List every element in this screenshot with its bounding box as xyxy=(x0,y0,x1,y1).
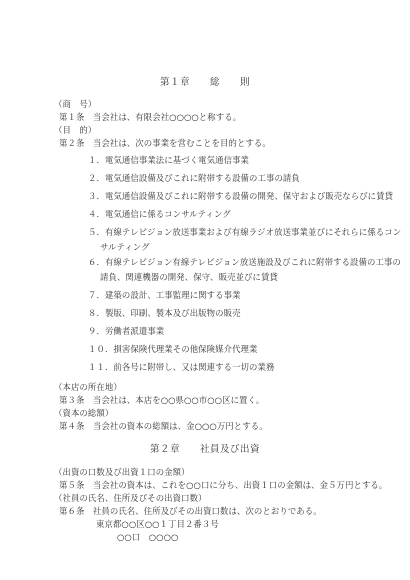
article-1: 第１条 当会社は、有限会社○○○○と称する。 xyxy=(59,112,241,123)
article-6: 第６条 社員の氏名、住所及びその出資口数は、次のとおりである。 xyxy=(59,506,322,517)
chapter-1-title: 第１章 総 則 xyxy=(0,77,410,88)
purpose-item-4: ４．電気通信に係るコンサルティング xyxy=(88,209,231,220)
purpose-item-6: ６．有線テレビジョン有線テレビジョン放送施設及びこれに附帯する設備の工事の xyxy=(88,257,401,268)
purpose-item-9: ９．労働者派遣事業 xyxy=(88,326,164,337)
purpose-item-11: １１．前各号に附帯し、又は関連する一切の業務 xyxy=(88,362,274,373)
article-2: 第２条 当会社は、次の事業を営むことを目的とする。 xyxy=(59,138,271,149)
section-heading-units: （出資の口数及び出資１口の金額） xyxy=(54,467,190,478)
member-address: 東京都○○区○○１丁目２番３号 xyxy=(96,519,219,530)
purpose-item-8: ８．製版、印刷、製本及び出版物の販売 xyxy=(88,308,241,319)
section-heading-head-office: （本店の所在地） xyxy=(54,382,122,393)
purpose-item-2: ２．電気通信設備及びこれに附帯する設備の工事の請負 xyxy=(88,173,300,184)
section-heading-members: （社員の氏名、住所及びその出資口数） xyxy=(54,493,207,504)
article-4: 第４条 当会社の資本の総額は、金○○○万円とする。 xyxy=(59,421,268,432)
section-heading-capital: （資本の総額） xyxy=(54,408,113,419)
purpose-item-7: ７．建築の設計、工事監理に関する事業 xyxy=(88,290,241,301)
section-heading-trade-name: （商 号） xyxy=(54,99,96,110)
purpose-item-5: ５．有線テレビジョン放送事業および有線ラジオ放送事業並びにそれらに係るコン xyxy=(88,227,401,238)
purpose-item-6-cont: 請負、関連機器の開発、保守、販売並びに賃貸 xyxy=(100,272,278,283)
purpose-item-3: ３．電気通信設備及びこれに附帯する設備の開発、保守および販売ならびに賃貸 xyxy=(88,191,393,202)
purpose-item-5-cont: サルティング xyxy=(100,242,150,253)
member-name: ○○口 ○○○○ xyxy=(117,532,178,543)
chapter-2-title: 第２章 社員及び出資 xyxy=(0,444,410,455)
section-heading-purpose: （目 的） xyxy=(54,125,96,136)
article-3: 第３条 当会社は、本店を○○県○○市○○区に置く。 xyxy=(59,395,264,406)
purpose-item-10: １０．損害保険代理業その他保険媒介代理業 xyxy=(88,344,258,355)
purpose-item-1: １．電気通信事業法に基づく電気通信事業 xyxy=(88,155,249,166)
article-5: 第５条 当会社の資本は、これを○○口に分ち、出資１口の金額は、金５万円とする。 xyxy=(59,480,387,491)
